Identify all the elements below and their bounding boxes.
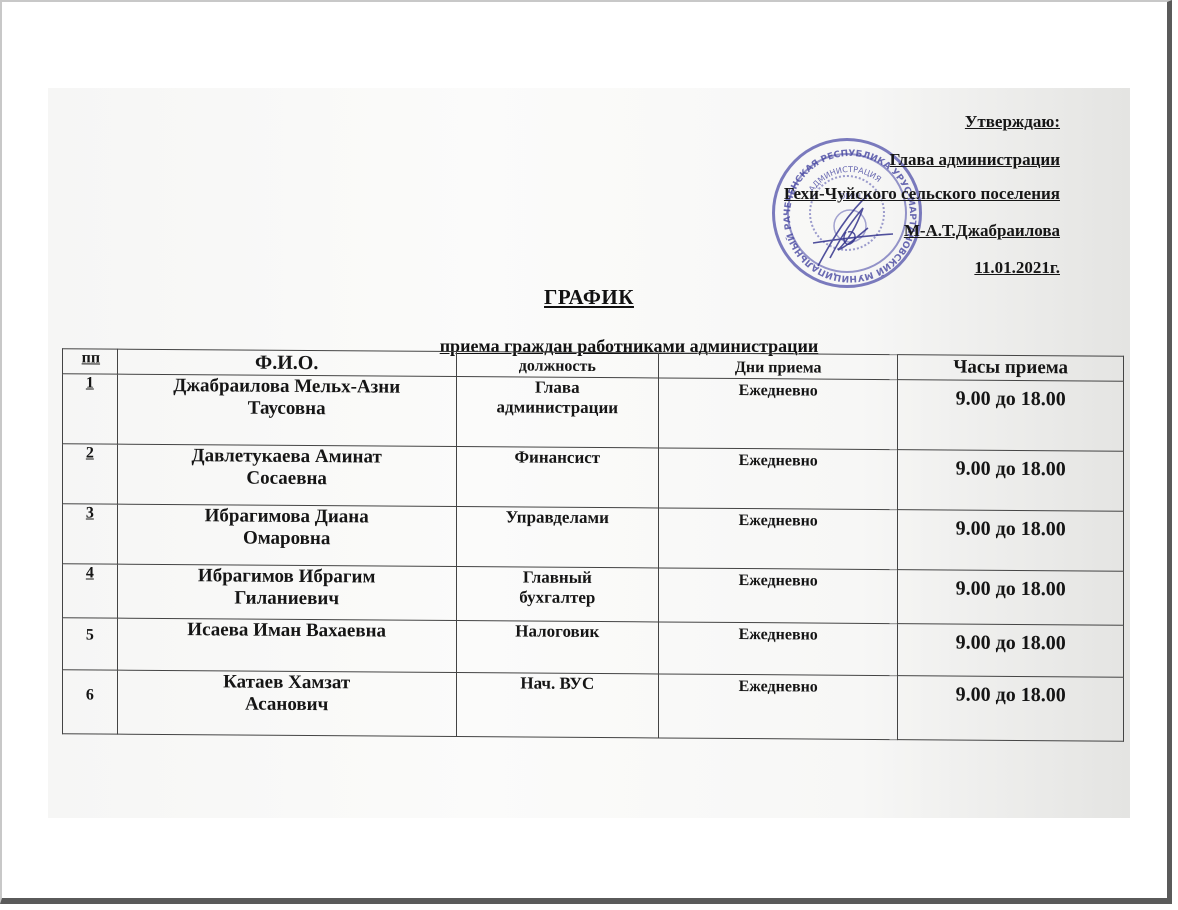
name-line1: Джабраилова Мельх-Азни xyxy=(118,375,456,399)
approval-position-line2: Гехи-Чуйского сельского поселения xyxy=(784,184,1060,204)
row-name: Давлетукаева Аминат Сосаевна xyxy=(117,444,456,506)
header-num: пп xyxy=(63,349,118,374)
name-line2: Асанович xyxy=(118,693,456,717)
row-days: Ежедневно xyxy=(658,674,898,740)
position-line2: бухгалтер xyxy=(457,587,658,608)
position-line1: Главный xyxy=(457,567,658,588)
header-hours: Часы приема xyxy=(898,355,1124,382)
row-position: Главный бухгалтер xyxy=(456,567,658,622)
name-line1: Катаев Хамзат xyxy=(118,671,456,695)
header-days: Дни приема xyxy=(658,353,898,380)
approval-signatory: М-А.Т.Джабраилова xyxy=(904,221,1060,241)
row-name: Ибрагимов Ибрагим Гиланиевич xyxy=(117,564,456,620)
row-hours: 9.00 до 18.00 xyxy=(898,624,1124,678)
name-line1: Давлетукаева Аминат xyxy=(118,445,456,469)
row-position: Глава администрации xyxy=(456,377,658,448)
table-row: 3 Ибрагимова Диана Омаровна Управделами … xyxy=(63,504,1124,571)
row-name: Исаева Иман Вахаевна xyxy=(117,618,456,672)
name-line2: Гиланиевич xyxy=(118,587,456,611)
document-title: ГРАФИК xyxy=(0,285,1178,310)
row-position: Финансист xyxy=(456,447,658,508)
position-line2: администрации xyxy=(457,397,658,418)
schedule-table: пп Ф.И.О. должность Дни приема Часы прие… xyxy=(62,348,1124,741)
row-hours: 9.00 до 18.00 xyxy=(898,676,1124,742)
approval-heading: Утверждаю: xyxy=(965,112,1060,132)
row-name: Катаев Хамзат Асанович xyxy=(117,670,456,736)
position-line1: Финансист xyxy=(457,447,658,468)
table-row: 2 Давлетукаева Аминат Сосаевна Финансист… xyxy=(63,444,1124,511)
row-days: Ежедневно xyxy=(658,378,898,450)
name-line2: Сосаевна xyxy=(118,467,456,491)
header-position: должность xyxy=(456,352,658,378)
position-line1: Нач. ВУС xyxy=(457,673,658,694)
row-hours: 9.00 до 18.00 xyxy=(898,570,1124,626)
row-position: Управделами xyxy=(456,507,658,568)
table-row: 4 Ибрагимов Ибрагим Гиланиевич Главный б… xyxy=(63,564,1124,625)
row-days: Ежедневно xyxy=(658,568,898,624)
name-line2: Таусовна xyxy=(118,397,456,421)
row-num: 1 xyxy=(63,374,118,444)
row-position: Нач. ВУС xyxy=(456,673,658,738)
row-num: 5 xyxy=(63,618,118,670)
name-line2: Омаровна xyxy=(118,527,456,551)
approval-date: 11.01.2021г. xyxy=(974,258,1060,278)
position-line1: Управделами xyxy=(457,507,658,528)
row-days: Ежедневно xyxy=(658,448,898,510)
table-row: 6 Катаев Хамзат Асанович Нач. ВУС Ежедне… xyxy=(63,670,1124,741)
position-line1: Глава xyxy=(457,377,658,398)
name-line1: Ибрагимов Ибрагим xyxy=(118,565,456,589)
row-position: Налоговик xyxy=(456,621,658,674)
row-num: 2 xyxy=(63,444,118,504)
approval-position-line1: Глава администрации xyxy=(890,150,1060,170)
name-line1: Исаева Иман Вахаевна xyxy=(118,619,456,643)
row-hours: 9.00 до 18.00 xyxy=(898,380,1124,452)
row-num: 6 xyxy=(63,670,118,734)
row-days: Ежедневно xyxy=(658,508,898,570)
table-row: 1 Джабраилова Мельх-Азни Таусовна Глава … xyxy=(63,374,1124,451)
header-name: Ф.И.О. xyxy=(117,349,456,376)
row-days: Ежедневно xyxy=(658,622,898,676)
row-name: Ибрагимова Диана Омаровна xyxy=(117,504,456,566)
row-num: 4 xyxy=(63,564,118,618)
row-name: Джабраилова Мельх-Азни Таусовна xyxy=(117,374,456,446)
name-line1: Ибрагимова Диана xyxy=(118,505,456,529)
row-hours: 9.00 до 18.00 xyxy=(898,510,1124,572)
row-hours: 9.00 до 18.00 xyxy=(898,450,1124,512)
position-line1: Налоговик xyxy=(457,621,658,642)
table-row: 5 Исаева Иман Вахаевна Налоговик Ежеднев… xyxy=(63,618,1124,677)
row-num: 3 xyxy=(63,504,118,564)
